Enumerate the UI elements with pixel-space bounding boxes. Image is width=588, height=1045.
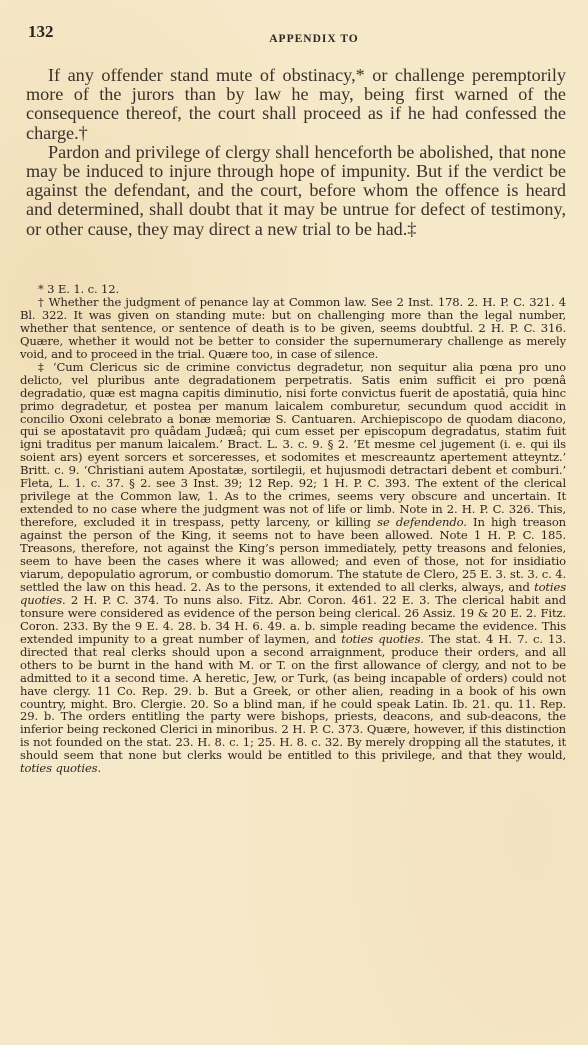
footnote-2: † Whether the judgment of penance lay at…: [20, 296, 566, 361]
italic-phrase: toties quoties.: [20, 761, 101, 775]
footnote-3: ‡ ‘Cum Clericus sic de crimine convictus…: [20, 361, 566, 776]
italic-phrase: toties quoties.: [341, 632, 424, 646]
running-head: APPENDIX TO: [0, 33, 588, 45]
paragraph: Pardon and privilege of clergy shall hen…: [26, 143, 566, 239]
italic-phrase: se defendendo.: [377, 515, 467, 529]
footnote-text: The stat. 4 H. 7. c. 13. directed that r…: [20, 632, 566, 763]
paragraph: If any offender stand mute of obstinacy,…: [26, 66, 566, 143]
footnote-1: * 3 E. 1. c. 12.: [20, 283, 566, 296]
footnote-text: ‡ ‘Cum Clericus sic de crimine convictus…: [20, 360, 566, 529]
body-text: If any offender stand mute of obstinacy,…: [26, 66, 566, 239]
footnotes: * 3 E. 1. c. 12. † Whether the judgment …: [20, 283, 566, 775]
